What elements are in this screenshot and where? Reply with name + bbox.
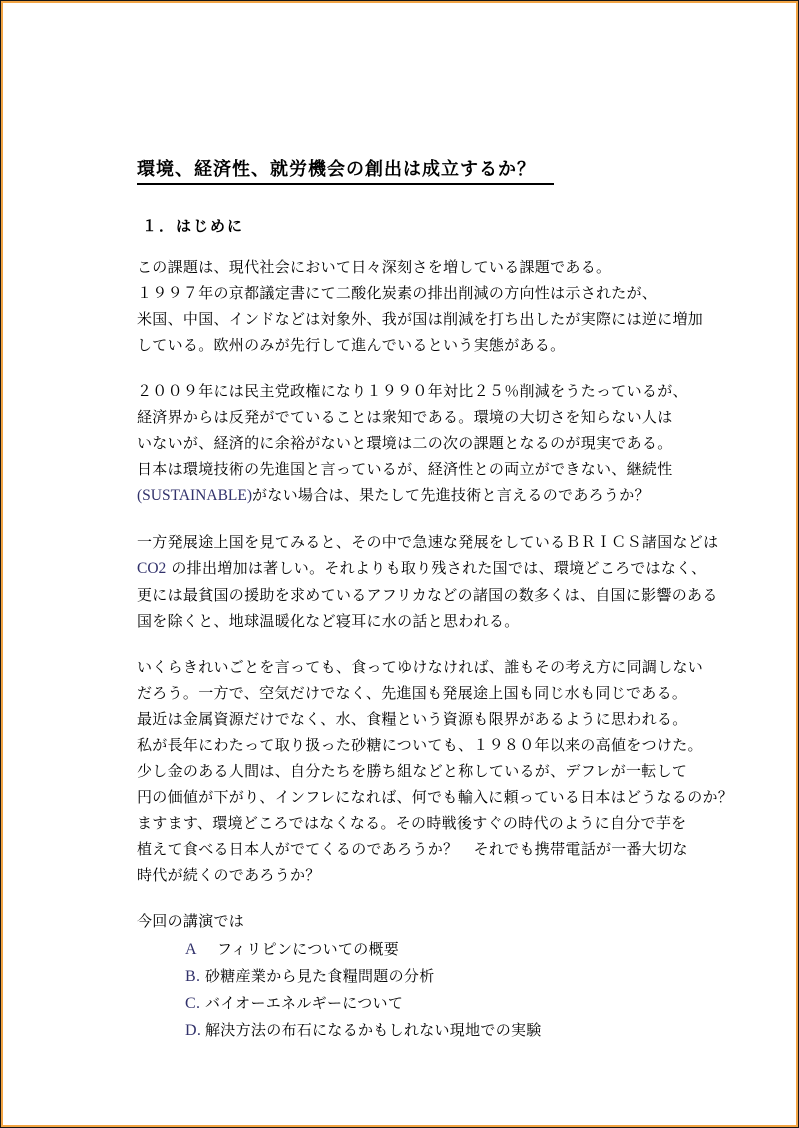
- lecture-item-text: フィリピンについての概要: [217, 940, 399, 958]
- section-heading: １．はじめに: [142, 215, 756, 236]
- text-line: している。欧州のみが先行して進んでいるという実態がある。: [137, 332, 756, 358]
- text-line: 植えて食べる日本人がでてくるのであろうか？ それでも携帯電話が一番大切な: [137, 836, 756, 862]
- text-line: CO2 の排出増加は著しい。それよりも取り残された国では、環境どころではなく、: [137, 555, 756, 582]
- text-line: 経済界からは反発がでていることは衆知である。環境の大切さを知らない人は: [137, 404, 756, 430]
- lecture-list: Aフィリピンについての概要 B.砂糖産業から見た食糧問題の分析 C.バイオーエネ…: [137, 936, 756, 1044]
- lecture-item-a: Aフィリピンについての概要: [185, 936, 756, 963]
- lecture-item-label: C.: [185, 990, 205, 1017]
- text-line: 更には最貧国の援助を求めているアフリカなどの諸国の数多くは、自国に影響のある: [137, 582, 756, 608]
- text-line: 私が長年にわたって取り扱った砂糖についても、１９８０年以来の高値をつけた。: [137, 732, 756, 758]
- text-line: 時代が続くのであろうか？: [137, 862, 756, 888]
- page-title: 環境、経済性、就労機会の創出は成立するか？: [137, 155, 554, 185]
- text-line: 国を除くと、地球温暖化など寝耳に水の話と思われる。: [137, 608, 756, 634]
- text-line: 円の価値が下がり、インフレになれば、何でも輸入に頼っている日本はどうなるのか？: [137, 784, 756, 810]
- lecture-item-label: B.: [185, 963, 205, 990]
- text-line: ２００９年には民主党政権になり１９９０年対比２５％削減をうたっているが、: [137, 378, 756, 404]
- text-line: 米国、中国、インドなどは対象外、我が国は削減を打ち出したが実際には逆に増加: [137, 306, 756, 332]
- lecture-item-d: D.解決方法の布石になるかもしれない現地での実験: [185, 1017, 756, 1044]
- text-line: 最近は金属資源だけでなく、水、食糧という資源も限界があるように思われる。: [137, 706, 756, 732]
- latin-inline-co2: CO2: [137, 560, 166, 577]
- text-segment: の排出増加は著しい。それよりも取り残された国では、環境どころではなく、: [166, 559, 706, 577]
- paragraph-2: ２００９年には民主党政権になり１９９０年対比２５％削減をうたっているが、 経済界…: [137, 378, 756, 509]
- text-line: いないが、経済的に余裕がないと環境は二の次の課題となるのが現実である。: [137, 430, 756, 456]
- paragraph-3: 一方発展途上国を見てみると、その中で急速な発展をしているＢＲＩＣＳ諸国などは C…: [137, 529, 756, 634]
- text-line: 少し金のある人間は、自分たちを勝ち組などと称しているが、デフレが一転して: [137, 758, 756, 784]
- latin-inline-sustainable: (SUSTAINABLE): [137, 487, 252, 504]
- lecture-item-text: バイオーエネルギーについて: [205, 994, 403, 1012]
- text-line: 一方発展途上国を見てみると、その中で急速な発展をしているＢＲＩＣＳ諸国などは: [137, 529, 756, 555]
- text-line: (SUSTAINABLE)がない場合は、果たして先進技術と言えるのであろうか？: [137, 482, 756, 509]
- lecture-item-text: 砂糖産業から見た食糧問題の分析: [205, 967, 435, 985]
- text-line: 日本は環境技術の先進国と言っているが、経済性との両立ができない、継続性: [137, 456, 756, 482]
- lecture-item-c: C.バイオーエネルギーについて: [185, 990, 756, 1017]
- text-line: １９９７年の京都議定書にて二酸化炭素の排出削減の方向性は示されたが、: [137, 280, 756, 306]
- paragraph-1: この課題は、現代社会において日々深刻さを増している課題である。 １９９７年の京都…: [137, 254, 756, 358]
- text-line: ますます、環境どころではなくなる。その時戦後すぐの時代のように自分で芋を: [137, 810, 756, 836]
- text-segment: がない場合は、果たして先進技術と言えるのであろうか？: [252, 486, 650, 504]
- lecture-item-label: A: [185, 936, 217, 963]
- text-line: だろう。一方で、空気だけでなく、先進国も発展途上国も同じ水も同じである。: [137, 680, 756, 706]
- text-line: いくらきれいごとを言っても、食ってゆけなければ、誰もその考え方に同調しない: [137, 654, 756, 680]
- lecture-item-text: 解決方法の布石になるかもしれない現地での実験: [205, 1021, 542, 1039]
- lecture-item-label: D.: [185, 1017, 205, 1044]
- document-content: 環境、経済性、就労機会の創出は成立するか？ １．はじめに この課題は、現代社会に…: [3, 3, 796, 1084]
- text-line: 今回の講演では: [137, 908, 756, 934]
- lecture-intro: 今回の講演では: [137, 908, 756, 934]
- document-page: 環境、経済性、就労機会の創出は成立するか？ １．はじめに この課題は、現代社会に…: [1, 1, 798, 1127]
- lecture-item-b: B.砂糖産業から見た食糧問題の分析: [185, 963, 756, 990]
- paragraph-4: いくらきれいごとを言っても、食ってゆけなければ、誰もその考え方に同調しない だろ…: [137, 654, 756, 888]
- text-line: この課題は、現代社会において日々深刻さを増している課題である。: [137, 254, 756, 280]
- page-border-frame: 環境、経済性、就労機会の創出は成立するか？ １．はじめに この課題は、現代社会に…: [0, 0, 799, 1128]
